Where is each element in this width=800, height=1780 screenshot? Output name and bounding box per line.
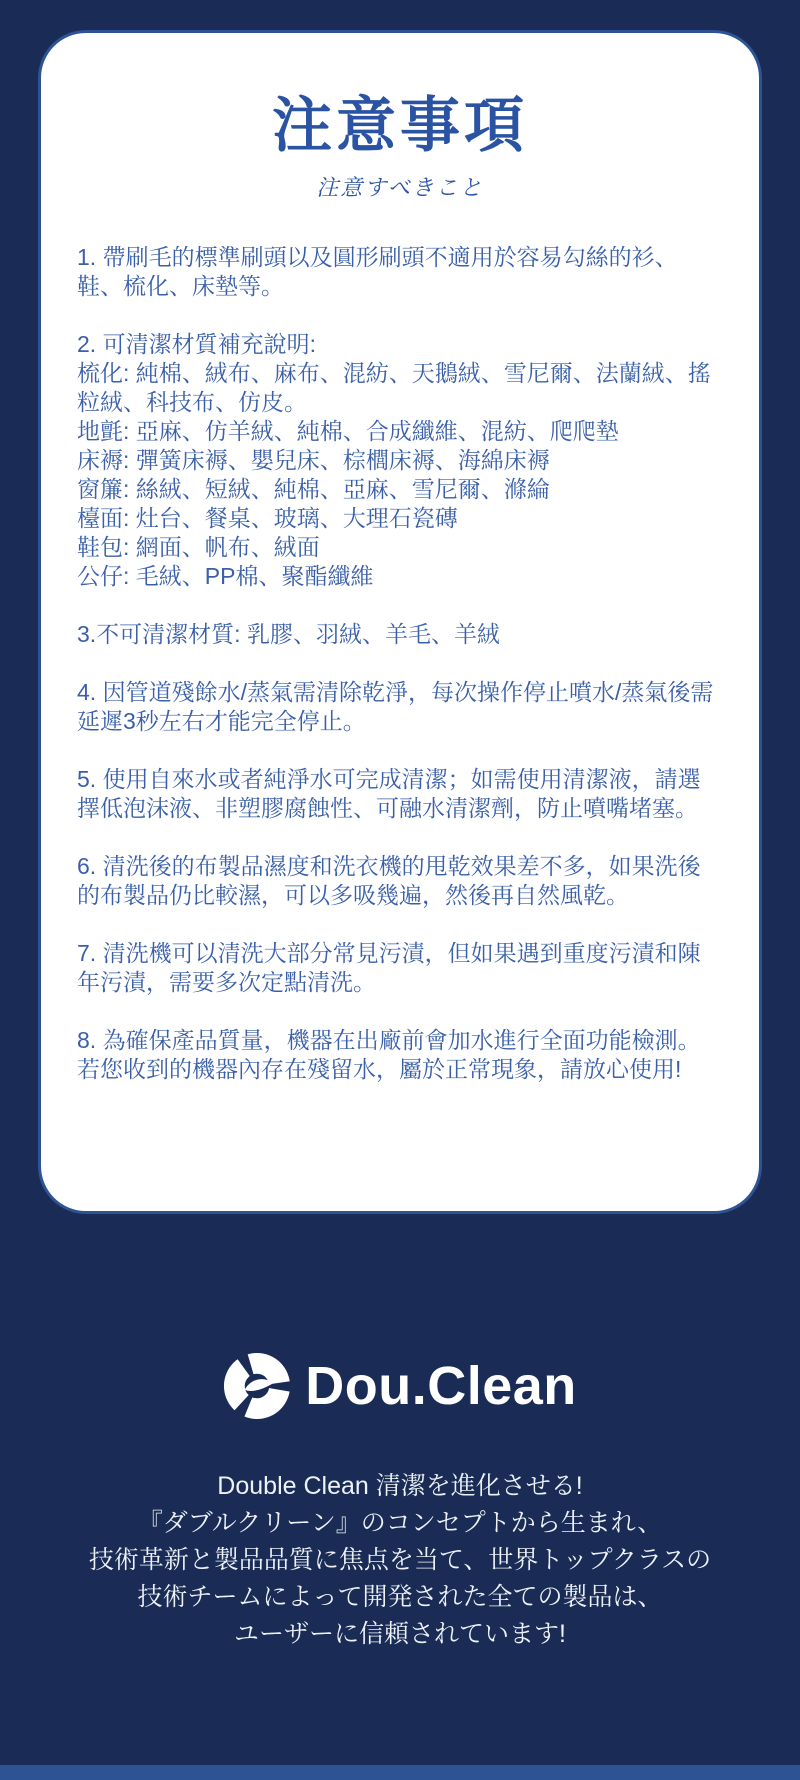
notice-list: 1. 帶刷毛的標準刷頭以及圓形刷頭不適用於容易勾絲的衫、鞋、梳化、床墊等。 2.… (77, 243, 723, 1084)
douclean-swirl-icon (223, 1352, 291, 1420)
notice-subtitle-ja: 注意すべきこと (77, 175, 723, 201)
notice-item-4: 4. 因管道殘餘水/蒸氣需清除乾淨，每次操作停止噴水/蒸氣後需延遲3秒左右才能完… (77, 678, 723, 736)
notice-card: 注意事項 注意すべきこと 1. 帶刷毛的標準刷頭以及圓形刷頭不適用於容易勾絲的衫… (38, 30, 762, 1214)
brand-description-ja: Double Clean 清潔を進化させる! 『ダブルクリーン』のコンセプトから… (0, 1468, 800, 1653)
brand-footer-line: ユーザーに信頼されています! (0, 1616, 800, 1653)
notice-item-8: 8. 為確保產品質量，機器在出廠前會加水進行全面功能檢測。若您收到的機器內存在殘… (77, 1026, 723, 1084)
notice-item-2: 2. 可清潔材質補充說明: 梳化: 純棉、絨布、麻布、混紡、天鵝絨、雪尼爾、法蘭… (77, 330, 723, 591)
notice-item-6: 6. 清洗後的布製品濕度和洗衣機的甩乾效果差不多，如果洗後的布製品仍比較濕，可以… (77, 852, 723, 910)
brand-wordmark: Dou.Clean (305, 1352, 577, 1420)
notice-item-3: 3.不可清潔材質: 乳膠、羽絨、羊毛、羊絨 (77, 620, 723, 649)
notice-title: 注意事項 (77, 93, 723, 159)
brand-footer-line: 技術革新と製品品質に焦点を当て、世界トップクラスの (0, 1542, 800, 1579)
notice-item-1: 1. 帶刷毛的標準刷頭以及圓形刷頭不適用於容易勾絲的衫、鞋、梳化、床墊等。 (77, 243, 723, 301)
brand-footer-line: 『ダブルクリーン』のコンセプトから生まれ、 (0, 1505, 800, 1542)
brand-footer-line: 技術チームによって開発された全ての製品は、 (0, 1579, 800, 1616)
brand-logo: Dou.Clean (0, 1352, 800, 1420)
next-section-edge (0, 1765, 800, 1780)
notice-item-5: 5. 使用自來水或者純淨水可完成清潔；如需使用清潔液，請選擇低泡沫液、非塑膠腐蝕… (77, 765, 723, 823)
brand-footer-line: Double Clean 清潔を進化させる! (0, 1468, 800, 1505)
notice-item-7: 7. 清洗機可以清洗大部分常見污漬，但如果遇到重度污漬和陳年污漬，需要多次定點清… (77, 939, 723, 997)
